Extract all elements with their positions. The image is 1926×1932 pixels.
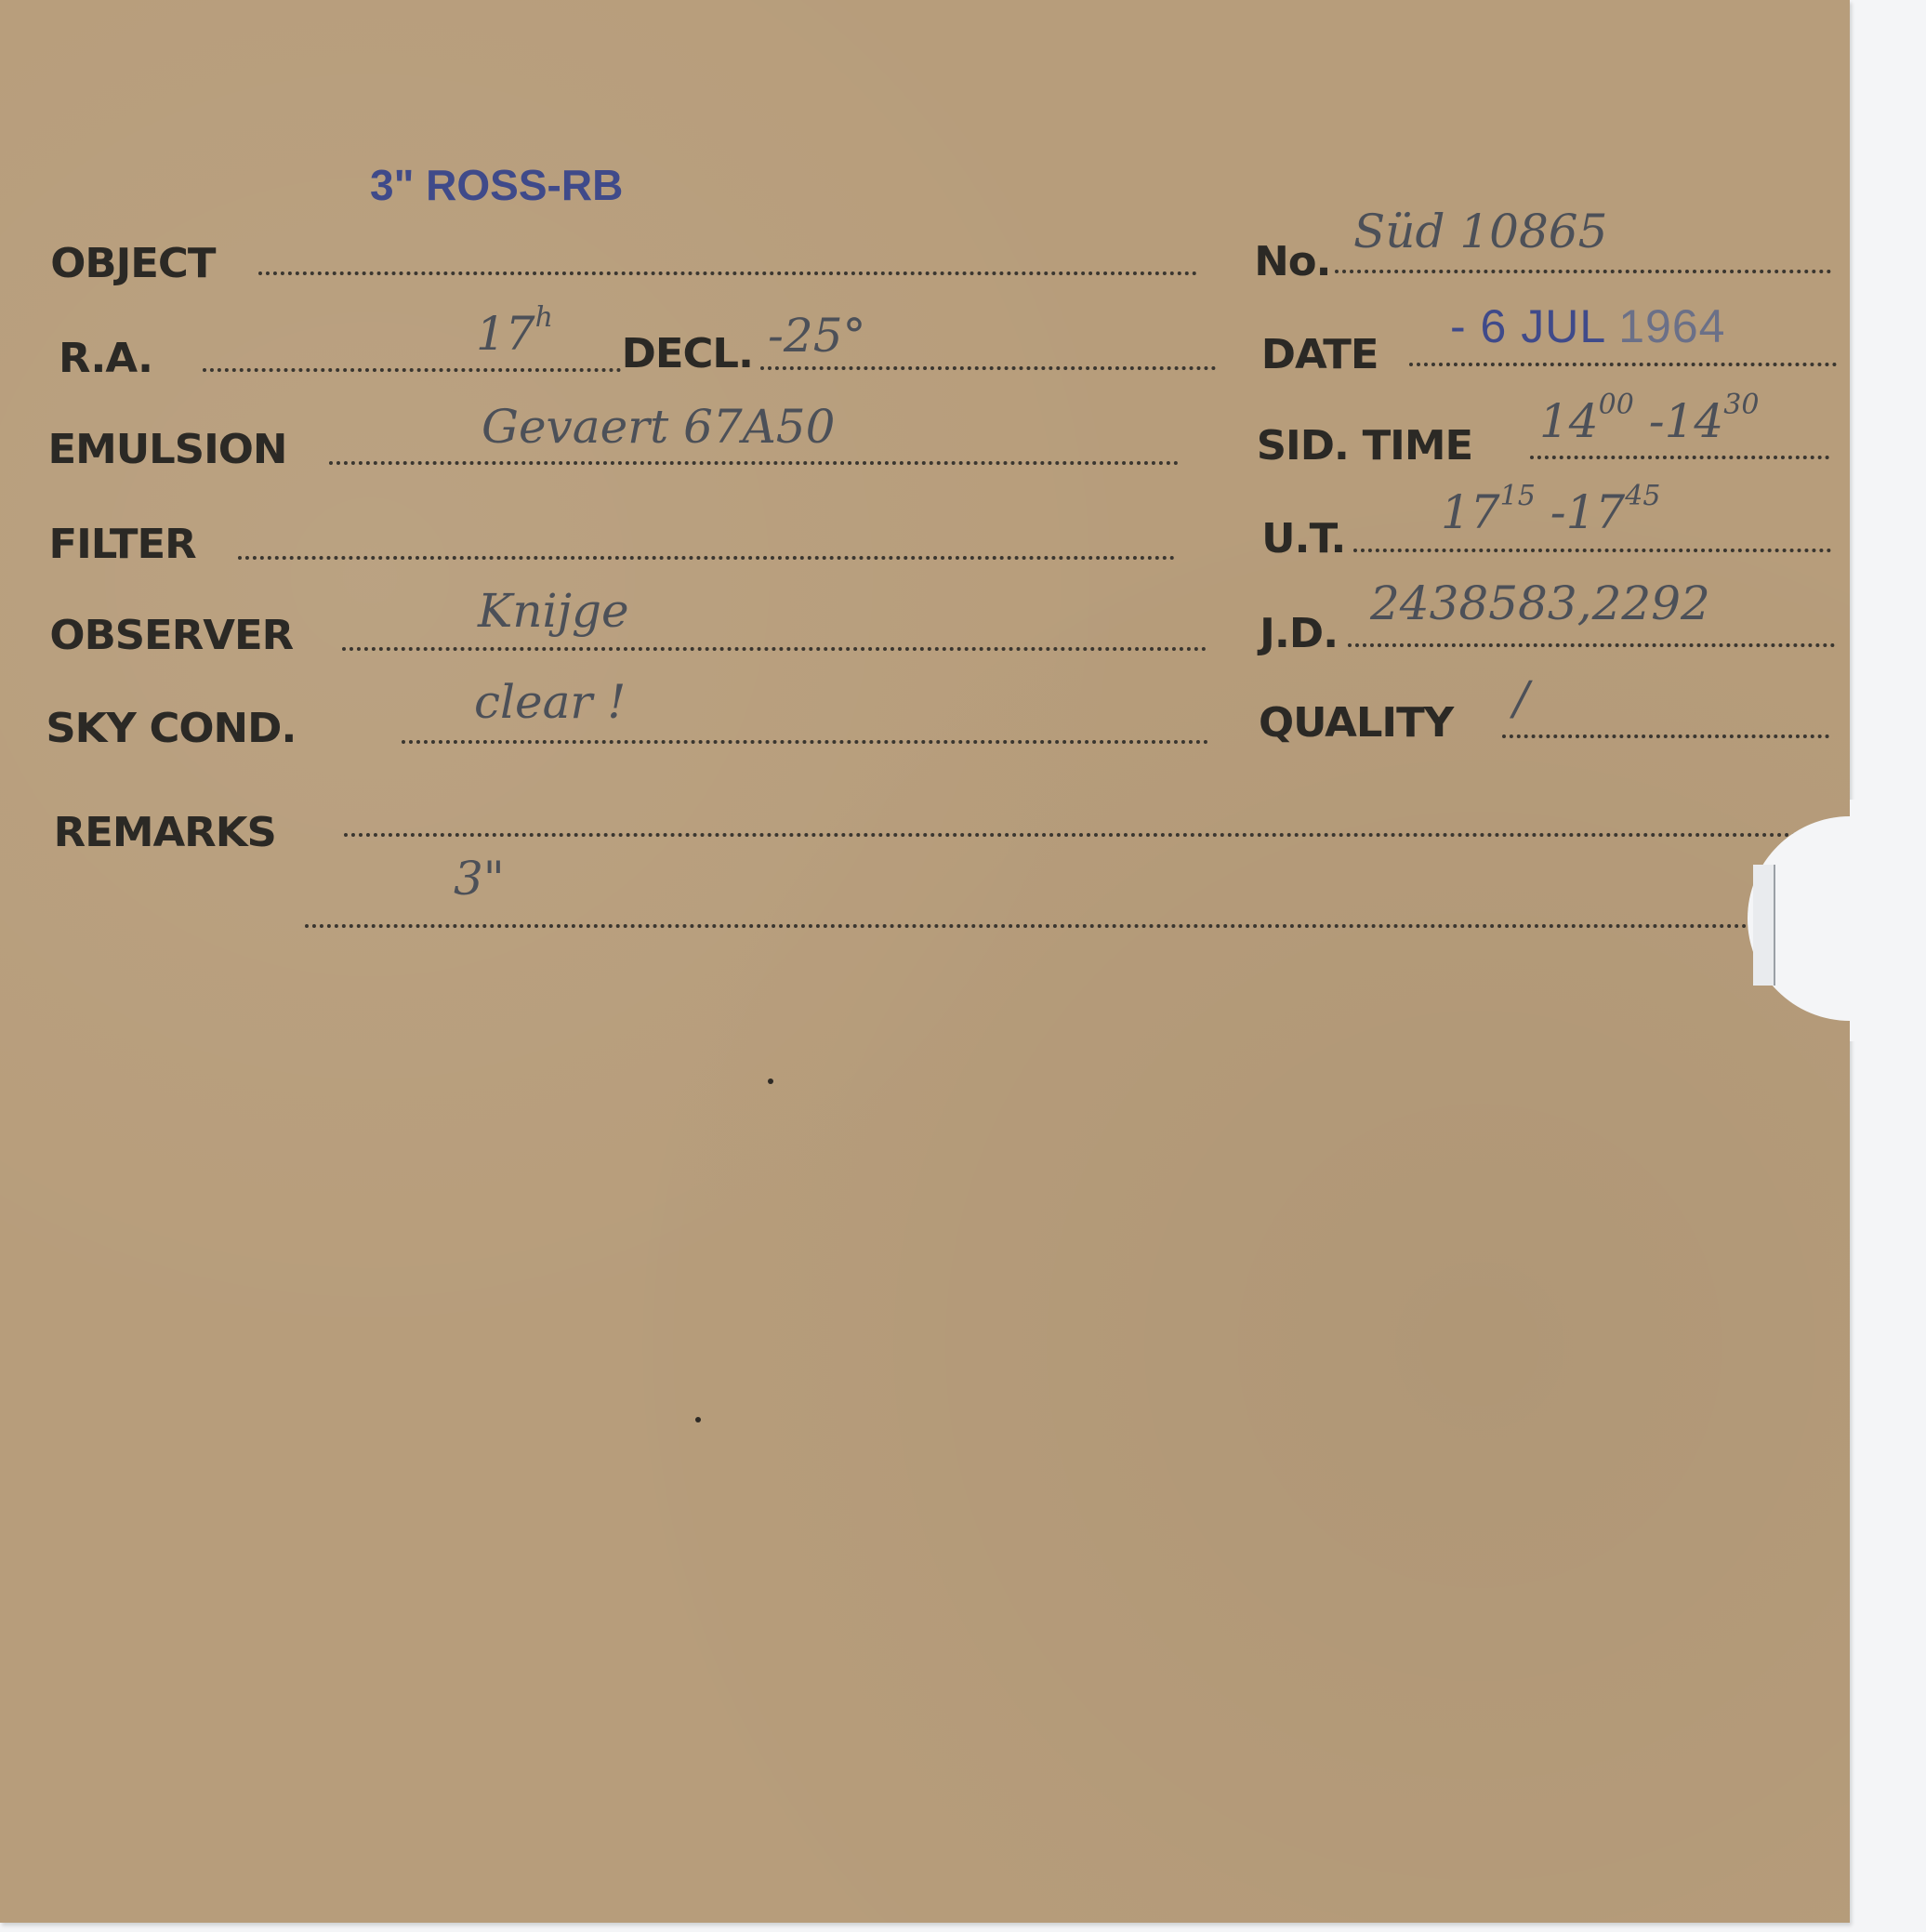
object-label: OBJECT xyxy=(50,240,215,287)
ut-start-min: 15 xyxy=(1500,480,1536,512)
inner-plate-sleeve xyxy=(1753,865,1775,986)
sid-time-line xyxy=(1530,456,1829,459)
sid-time-start-hour: 14 xyxy=(1539,394,1599,448)
date-label: DATE xyxy=(1261,331,1379,378)
ra-unit: h xyxy=(535,301,553,334)
decl-line xyxy=(760,366,1216,370)
observer-value[interactable]: Knijge xyxy=(478,584,629,638)
ra-line xyxy=(203,368,621,372)
jd-value[interactable]: 2438583,2292 xyxy=(1370,576,1710,630)
no-line xyxy=(1335,270,1831,273)
sid-time-value[interactable]: 1400 -1430 xyxy=(1539,394,1759,448)
jd-label: J.D. xyxy=(1260,610,1338,657)
ut-value[interactable]: 1715 -1745 xyxy=(1441,485,1660,539)
remarks-label: REMARKS xyxy=(54,809,276,856)
sid-time-start-min: 00 xyxy=(1599,389,1634,421)
plate-number-value[interactable]: Süd 10865 xyxy=(1353,205,1607,258)
observer-line xyxy=(342,647,1207,651)
sid-time-separator: - xyxy=(1649,394,1665,448)
sid-time-label: SID. TIME xyxy=(1257,422,1472,470)
ra-hours: 17 xyxy=(476,307,535,361)
plate-envelope: 3" ROSS-RB OBJECT R.A. 17h DECL. -25° EM… xyxy=(0,0,1850,1923)
notch-edge xyxy=(1850,800,1926,1041)
decl-value[interactable]: -25° xyxy=(768,309,866,363)
remarks-value[interactable]: 3" xyxy=(454,852,505,906)
sky-cond-value[interactable]: clear ! xyxy=(474,675,626,729)
ut-separator: - xyxy=(1550,485,1566,539)
ut-label: U.T. xyxy=(1261,515,1345,562)
date-line xyxy=(1409,363,1837,366)
filter-label: FILTER xyxy=(48,521,195,568)
date-year: 1964 xyxy=(1618,300,1725,352)
emulsion-value[interactable]: Gevaert 67A50 xyxy=(481,400,835,454)
emulsion-line xyxy=(329,461,1179,465)
remarks-line-1 xyxy=(344,833,1850,837)
sky-cond-label: SKY COND. xyxy=(46,705,296,752)
ut-end-hour: 17 xyxy=(1566,485,1626,539)
object-line xyxy=(258,271,1197,275)
date-stamp[interactable]: - 6 JUL 1964 xyxy=(1450,299,1725,353)
ra-label: R.A. xyxy=(59,335,152,382)
ra-value[interactable]: 17h xyxy=(476,307,553,361)
quality-label: QUALITY xyxy=(1259,699,1453,747)
emulsion-label: EMULSION xyxy=(47,426,286,473)
sky-cond-line xyxy=(402,740,1208,744)
quality-value[interactable]: / xyxy=(1513,671,1529,725)
sid-time-end-hour: 14 xyxy=(1665,394,1724,448)
telescope-stamp: 3" ROSS-RB xyxy=(370,160,623,210)
ut-end-min: 45 xyxy=(1625,480,1660,512)
observer-label: OBSERVER xyxy=(49,612,293,659)
ut-line xyxy=(1353,549,1831,552)
jd-line xyxy=(1348,643,1835,647)
remarks-line-2 xyxy=(305,924,1755,928)
paper-speck xyxy=(695,1417,701,1423)
paper-speck xyxy=(768,1078,773,1084)
sid-time-end-min: 30 xyxy=(1723,389,1759,421)
quality-line xyxy=(1502,734,1829,738)
decl-label: DECL. xyxy=(622,330,753,377)
no-label: No. xyxy=(1254,238,1330,285)
date-day-month: - 6 JUL xyxy=(1450,300,1604,352)
ut-start-hour: 17 xyxy=(1441,485,1500,539)
filter-line xyxy=(238,556,1175,560)
